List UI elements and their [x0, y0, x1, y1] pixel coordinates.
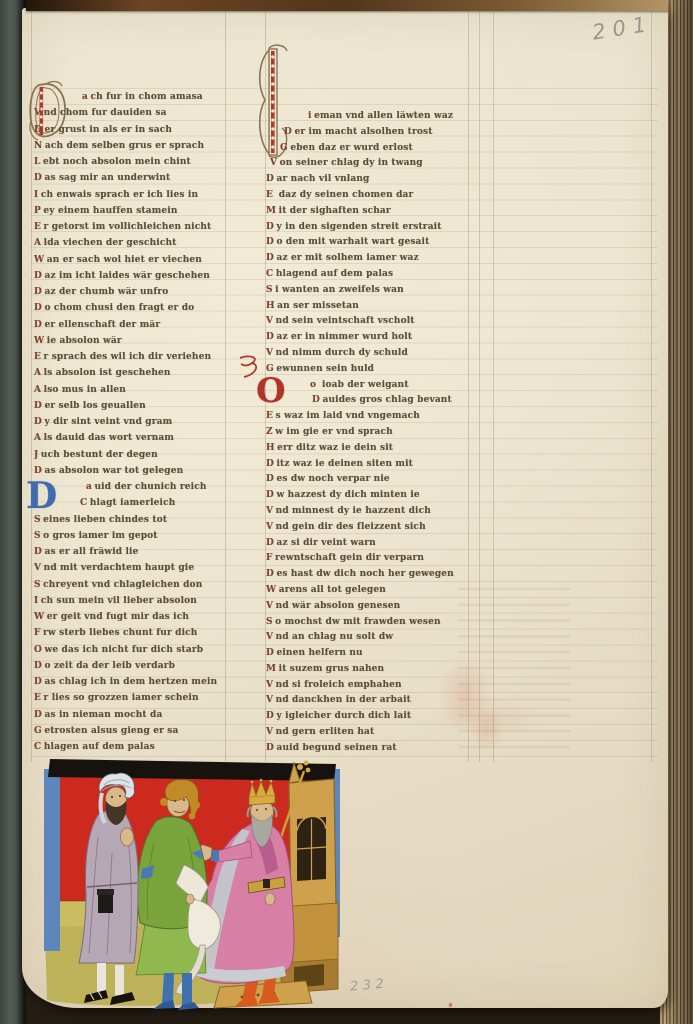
verse-line: Vnd chom fur dauiden sa	[34, 108, 248, 124]
verse-line: Dw hazzest dy dich minten ie	[266, 490, 480, 506]
red-ink-dot	[448, 1002, 453, 1008]
frame-left	[44, 769, 60, 951]
verse-line: auid der chunich reich	[34, 482, 248, 498]
verse-line: Der selb los geuallen	[34, 401, 248, 417]
verse-line: Chlagend auf dem palas	[266, 269, 480, 285]
verse-line: Er sprach des wil ich dir veriehen	[34, 352, 248, 368]
verse-line: Dy in den sigenden streit erstrait	[266, 222, 480, 238]
verse-line: Der im macht alsolhen trost	[266, 127, 480, 143]
verse-line: Gewunnen sein huld	[266, 364, 480, 380]
verse-line: Er getorst im vollichleichen nicht	[34, 222, 248, 238]
verse-line: Er lies so grozzen iamer schein	[34, 693, 248, 709]
verse-line: Frewntschaft gein dir verparn	[266, 553, 480, 569]
verse-line: Dar nach vil vnlang	[266, 174, 480, 190]
verse-line: Chlagen auf dem palas	[34, 742, 248, 758]
verse-line: Chlagt iamerleich	[34, 498, 248, 514]
verse-line: Seines lieben chindes tot	[34, 515, 248, 531]
verse-line: So gros iamer im gepot	[34, 531, 248, 547]
verse-line: Der ellenschaft der mär	[34, 320, 248, 336]
verse-line: Das chlag ich in dem hertzen mein	[34, 677, 248, 693]
verse-line: Daz im icht laides wär geschehen	[34, 271, 248, 287]
verse-line: Mit suzem grus nahen	[266, 664, 480, 680]
verse-line: Vnd si froleich emphahen	[266, 680, 480, 696]
verse-line: Daz si dir veint warn	[266, 538, 480, 554]
verse-line: Das absolon war tot gelegen	[34, 466, 248, 482]
verse-line: Han ser missetan	[266, 301, 480, 317]
verse-line: Vnd danckhen in der arbait	[266, 695, 480, 711]
verse-line: Vnd wär absolon genesen	[266, 601, 480, 617]
verse-line: Si wanten an zweifels wan	[266, 285, 480, 301]
verse-line: Vnd nimm durch dy schuld	[266, 348, 480, 364]
verse-line: Do zeit da der leib verdarb	[34, 661, 248, 677]
upper-leaf-edge	[26, 0, 668, 11]
ruling-vertical	[651, 12, 652, 762]
verse-line: ach fur in chom amasa	[34, 92, 248, 108]
folio-number-pencil: 201	[590, 11, 654, 44]
verse-line: Daz er mit solhem iamer waz	[266, 253, 480, 269]
verse-line: ieman vnd allen läwten waz	[266, 111, 480, 127]
verse-line: Vnd minnest dy ie hazzent dich	[266, 506, 480, 522]
verse-line: Lebt noch absolon mein chint	[34, 157, 248, 173]
verse-line: E daz dy seinen chomen dar	[266, 190, 480, 206]
verse-line: Ich sun mein vil lieber absolon	[34, 596, 248, 612]
verse-line: Es waz im laid vnd vngemach	[266, 411, 480, 427]
verse-line: Vnd an chlag nu solt dw	[266, 632, 480, 648]
verse-line: Pey einem hauffen stamein	[34, 206, 248, 222]
verse-line: Owe das ich nicht fur dich starb	[34, 645, 248, 661]
verse-line: Dauides gros chlag bevant	[266, 395, 480, 411]
verse-line: Ditz waz ie deinen siten mit	[266, 459, 480, 475]
verse-line: Frw sterb liebes chunt fur dich	[34, 628, 248, 644]
verse-line: Alda viechen der geschicht	[34, 238, 248, 254]
verse-line: Schreyent vnd chlagleichen don	[34, 580, 248, 596]
parchment-page: D O ach fur in chom amasaVnd chom fur da…	[22, 8, 668, 1008]
verse-line: Wer geit vnd fugt mir das ich	[34, 612, 248, 628]
verse-line: Vnd sein veintschaft vscholt	[266, 316, 480, 332]
verse-line: Zw im gie er vnd sprach	[266, 427, 480, 443]
verse-line: Daz er in nimmer wurd holt	[266, 332, 480, 348]
verse-line: Das in nieman mocht da	[34, 710, 248, 726]
verse-line: Des dw noch verpar nie	[266, 474, 480, 490]
verse-line: Des hast dw dich noch her gewegen	[266, 569, 480, 585]
verse-line: Wan er sach wol hiet er viechen	[34, 255, 248, 271]
belt-pouch	[98, 893, 113, 913]
verse-line: Als absolon ist geschehen	[34, 368, 248, 384]
clasped-hands	[121, 828, 134, 846]
verse-line: Daz der chumb wär unfro	[34, 287, 248, 303]
verse-line: Mit der sighaften schar	[266, 206, 480, 222]
verse-line: Warens all tot gelegen	[266, 585, 480, 601]
verse-line: Der grust in als er in sach	[34, 125, 248, 141]
verse-line: Juch bestunt der degen	[34, 450, 248, 466]
verse-line: Dy igleicher durch dich lait	[266, 711, 480, 727]
verse-line: Getrosten alsus gieng er sa	[34, 726, 248, 742]
text-column-right: ieman vnd allen läwten wazDer im macht a…	[266, 111, 480, 759]
verse-line: Vnd mit verdachtem haupt gie	[34, 563, 248, 579]
verse-line: Vnd gein dir des fleizzent sich	[266, 522, 480, 538]
bottom-number-pencil: 232	[349, 976, 388, 994]
verse-line: Vnd gern erliten hat	[266, 727, 480, 743]
verse-line: Dy dir sint veint vnd gram	[34, 417, 248, 433]
verse-line: Wie absolon wär	[34, 336, 248, 352]
verse-line: Geben daz er wurd erlost	[266, 143, 480, 159]
verse-line: Also mus in allen	[34, 385, 248, 401]
verse-line: Von seiner chlag dy in twang	[266, 158, 480, 174]
manuscript-photo: D O ach fur in chom amasaVnd chom fur da…	[0, 0, 693, 1024]
verse-line: Als dauid das wort vernam	[34, 433, 248, 449]
verse-line: So mochst dw mit frawden wesen	[266, 617, 480, 633]
verse-line: Herr ditz waz ie dein sit	[266, 443, 480, 459]
verse-line: Do den mit warhait wart gesait	[266, 237, 480, 253]
verse-line: Das er all fräwid lie	[34, 547, 248, 563]
verse-line: Das sag mir an underwint	[34, 173, 248, 189]
verse-line: Ich enwais sprach er ich lies in	[34, 190, 248, 206]
verse-line: Do chom chusi den fragt er do	[34, 303, 248, 319]
verse-line: Deinen helfern nu	[266, 648, 480, 664]
verse-line: Nach dem selben grus er sprach	[34, 141, 248, 157]
text-column-left: ach fur in chom amasaVnd chom fur dauide…	[34, 92, 248, 758]
verse-line: o ioab der weigant	[266, 380, 480, 396]
miniature-painting	[42, 757, 342, 1010]
